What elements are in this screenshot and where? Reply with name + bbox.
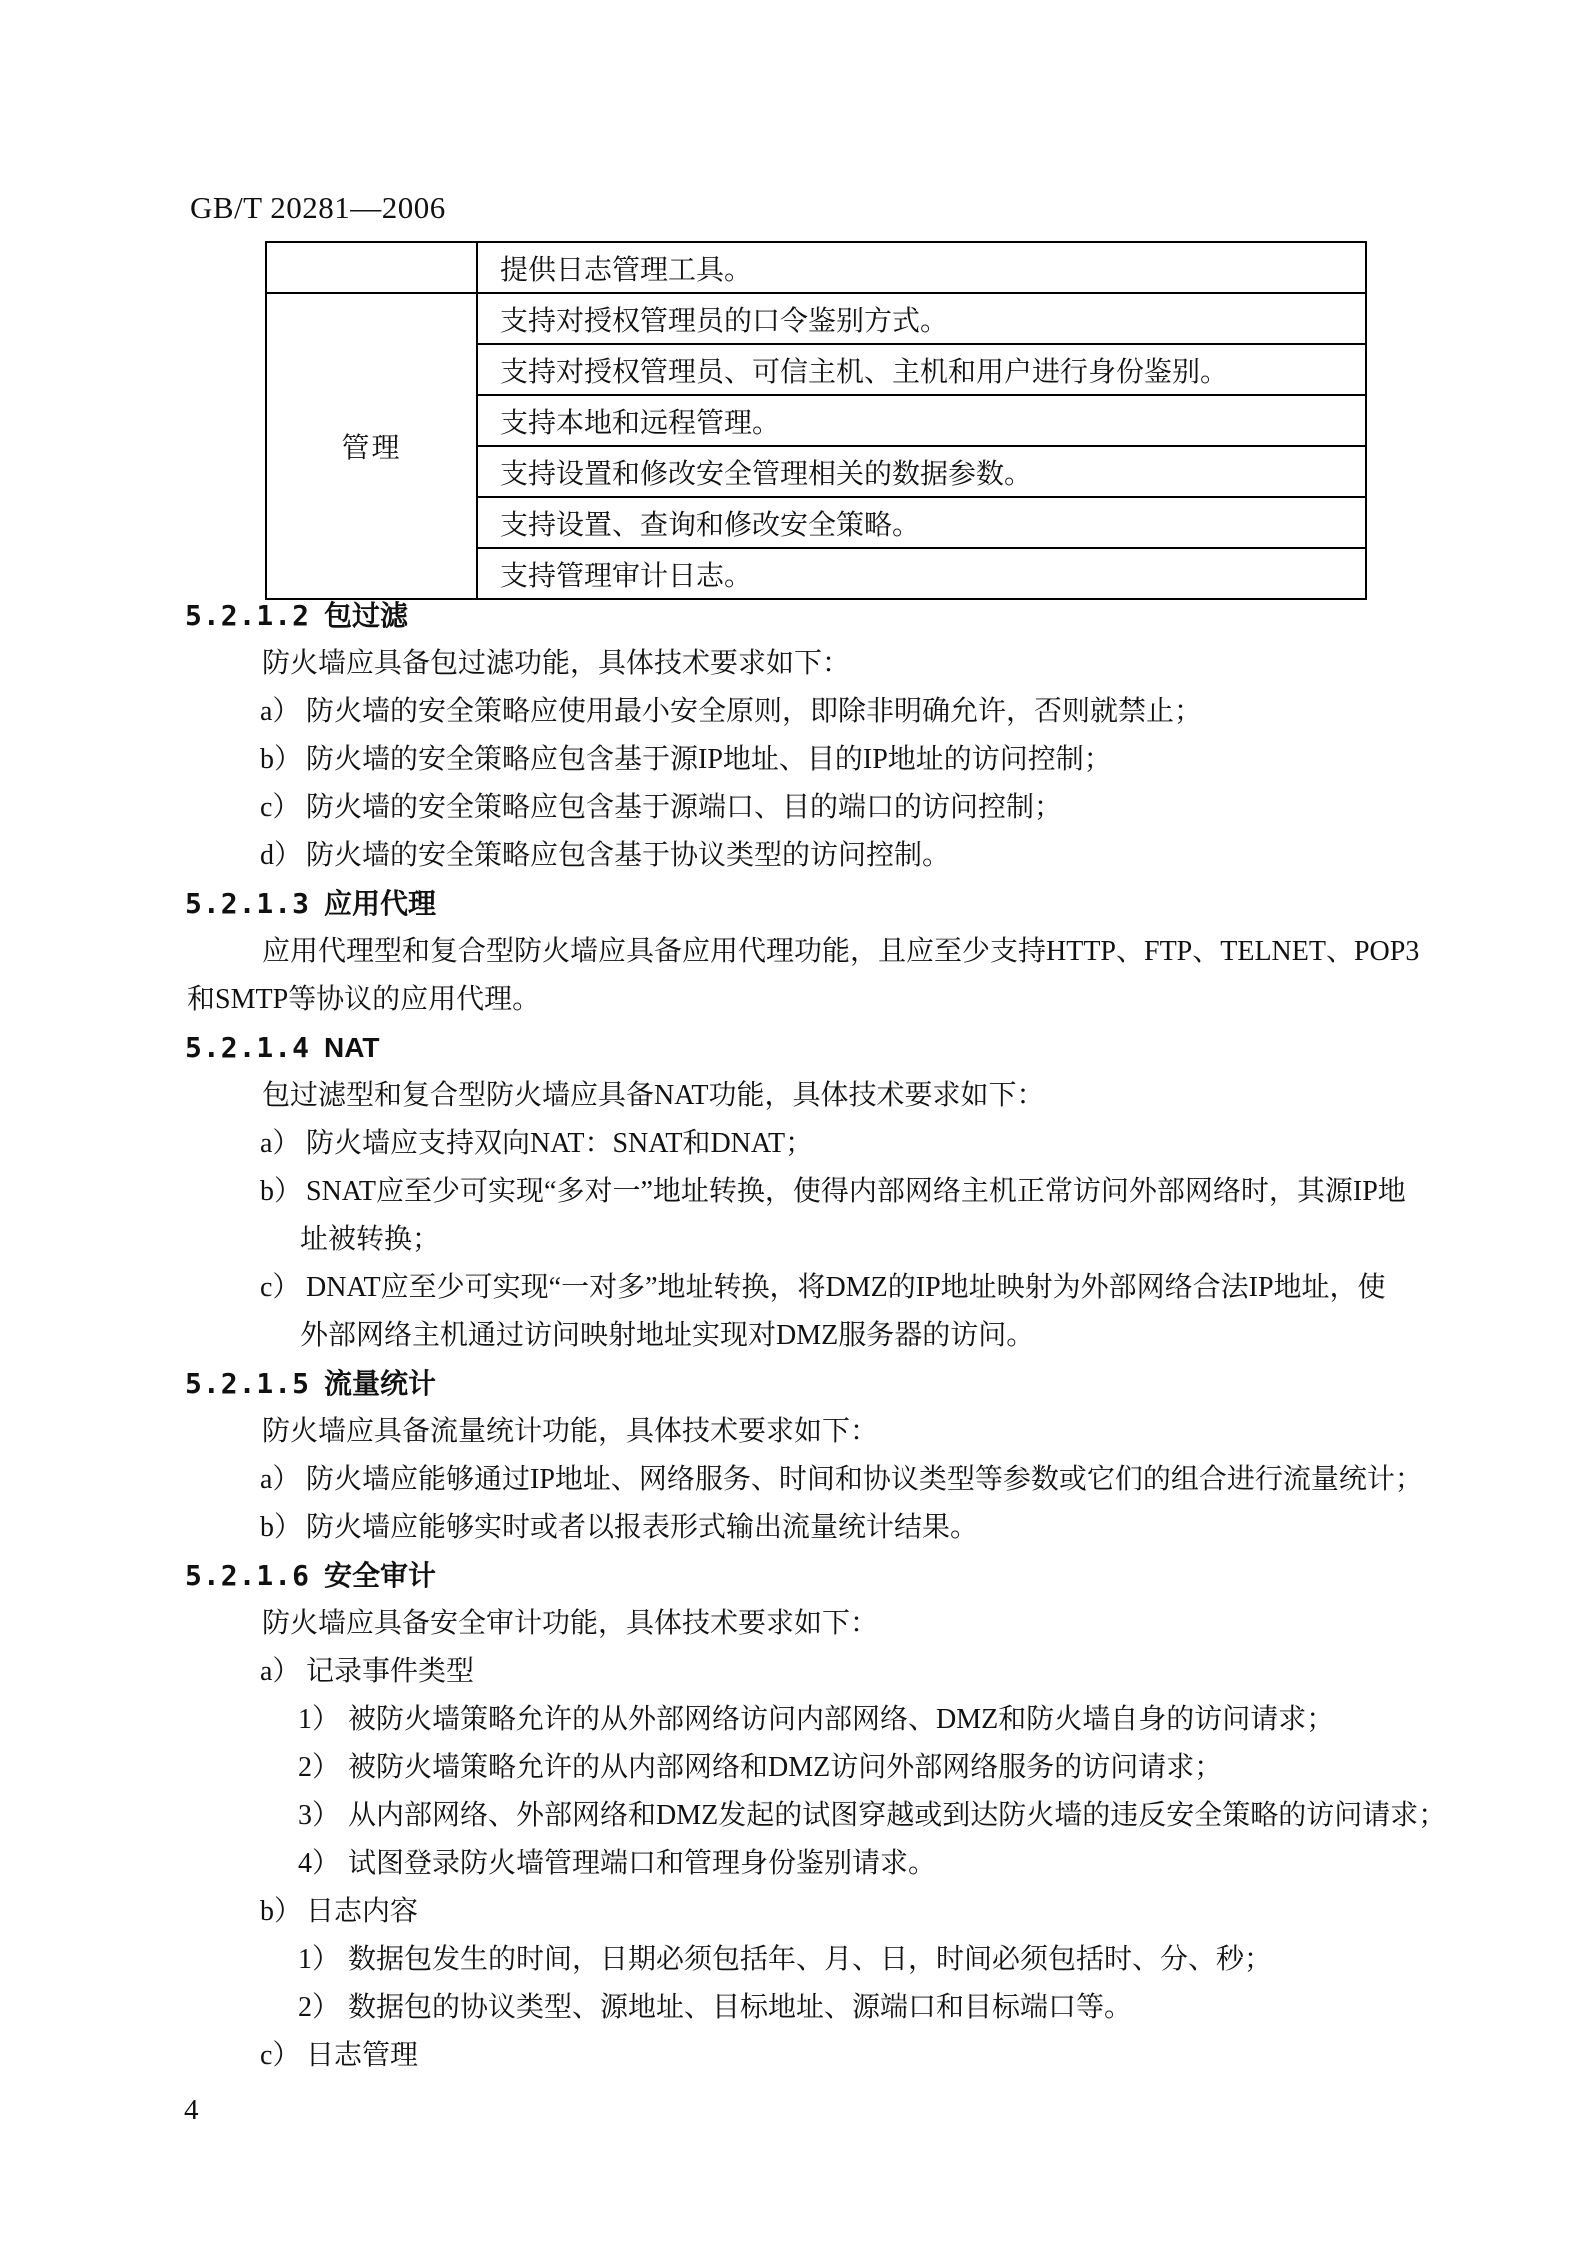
paragraph-line: 防火墙应具备安全审计功能，具体技术要求如下： xyxy=(262,1606,878,1642)
list-text: DNAT应至少可实现“一对多”地址转换，将DMZ的IP地址映射为外部网络合法IP… xyxy=(306,1272,1386,1303)
list-item: c）日志管理 xyxy=(260,2038,418,2074)
list-marker: b） xyxy=(260,1510,306,1546)
section-title: NAT xyxy=(324,1032,379,1063)
sublist-item: 1）数据包发生的时间，日期必须包括年、月、日，时间必须包括时、分、秒； xyxy=(298,1942,1272,1978)
table-cell-requirement: 支持管理审计日志。 xyxy=(477,548,1366,599)
section-number: 5.2.1.6 xyxy=(185,1559,310,1592)
list-item: b）防火墙的安全策略应包含基于源IP地址、目的IP地址的访问控制； xyxy=(260,742,1112,778)
list-item: a）防火墙的安全策略应使用最小安全原则，即除非明确允许，否则就禁止； xyxy=(260,694,1202,730)
section-heading-5216: 5.2.1.6安全审计 xyxy=(185,1558,436,1594)
list-text: SNAT应至少可实现“多对一”地址转换，使得内部网络主机正常访问外部网络时，其源… xyxy=(306,1176,1406,1207)
table-cell-requirement: 支持设置、查询和修改安全策略。 xyxy=(477,497,1366,548)
section-title: 包过滤 xyxy=(324,600,408,631)
table-cell-requirement: 支持对授权管理员、可信主机、主机和用户进行身份鉴别。 xyxy=(477,344,1366,395)
list-item: c）DNAT应至少可实现“一对多”地址转换，将DMZ的IP地址映射为外部网络合法… xyxy=(260,1270,1386,1306)
section-heading-5214: 5.2.1.4NAT xyxy=(185,1030,379,1066)
table-row: 提供日志管理工具。 xyxy=(266,242,1366,293)
table-row: 管理 支持对授权管理员的口令鉴别方式。 xyxy=(266,293,1366,344)
paragraph-line: 防火墙应具备流量统计功能，具体技术要求如下： xyxy=(262,1414,878,1450)
section-number: 5.2.1.5 xyxy=(185,1367,310,1400)
list-marker: a） xyxy=(260,1654,306,1690)
list-text: 日志内容 xyxy=(306,1896,418,1927)
table-cell-requirement: 提供日志管理工具。 xyxy=(477,242,1366,293)
list-item: b）日志内容 xyxy=(260,1894,418,1930)
list-text: 防火墙的安全策略应包含基于协议类型的访问控制。 xyxy=(306,840,950,871)
list-text: 防火墙应能够实时或者以报表形式输出流量统计结果。 xyxy=(306,1512,978,1543)
list-text: 记录事件类型 xyxy=(306,1656,474,1687)
list-item: a）记录事件类型 xyxy=(260,1654,474,1690)
section-number: 5.2.1.3 xyxy=(185,887,310,920)
paragraph-line: 应用代理型和复合型防火墙应具备应用代理功能，且应至少支持HTTP、FTP、TEL… xyxy=(262,934,1419,970)
section-heading-5215: 5.2.1.5流量统计 xyxy=(185,1366,436,1402)
paragraph-line: 和SMTP等协议的应用代理。 xyxy=(187,982,540,1018)
list-text: 防火墙应支持双向NAT：SNAT和DNAT； xyxy=(306,1128,813,1159)
sublist-marker: 4） xyxy=(298,1846,348,1882)
list-marker: b） xyxy=(260,1174,306,1210)
sublist-item: 3）从内部网络、外部网络和DMZ发起的试图穿越或到达防火墙的违反安全策略的访问请… xyxy=(298,1798,1446,1834)
requirements-table: 提供日志管理工具。 管理 支持对授权管理员的口令鉴别方式。 支持对授权管理员、可… xyxy=(265,241,1367,600)
list-marker: c） xyxy=(260,2038,306,2074)
sublist-text: 试图登录防火墙管理端口和管理身份鉴别请求。 xyxy=(348,1848,936,1879)
list-marker: b） xyxy=(260,742,306,778)
sublist-marker: 2） xyxy=(298,1990,348,2026)
paragraph-line: 包过滤型和复合型防火墙应具备NAT功能，具体技术要求如下： xyxy=(262,1078,1044,1114)
sublist-text: 从内部网络、外部网络和DMZ发起的试图穿越或到达防火墙的违反安全策略的访问请求； xyxy=(348,1800,1446,1831)
sublist-text: 数据包的协议类型、源地址、目标地址、源端口和目标端口等。 xyxy=(348,1992,1132,2023)
section-title: 流量统计 xyxy=(324,1368,436,1399)
list-marker: d） xyxy=(260,838,306,874)
sublist-text: 被防火墙策略允许的从内部网络和DMZ访问外部网络服务的访问请求； xyxy=(348,1752,1222,1783)
section-heading-5212: 5.2.1.2包过滤 xyxy=(185,598,408,634)
sublist-item: 4）试图登录防火墙管理端口和管理身份鉴别请求。 xyxy=(298,1846,936,1882)
list-item: a）防火墙应支持双向NAT：SNAT和DNAT； xyxy=(260,1126,813,1162)
sublist-item: 2）被防火墙策略允许的从内部网络和DMZ访问外部网络服务的访问请求； xyxy=(298,1750,1222,1786)
sublist-text: 被防火墙策略允许的从外部网络访问内部网络、DMZ和防火墙自身的访问请求； xyxy=(348,1704,1334,1735)
table-cell-category-empty xyxy=(266,242,477,293)
document-header: GB/T 20281—2006 xyxy=(190,190,446,226)
list-text: 防火墙的安全策略应包含基于源端口、目的端口的访问控制； xyxy=(306,792,1062,823)
list-marker: c） xyxy=(260,1270,306,1306)
sublist-marker: 3） xyxy=(298,1798,348,1834)
list-marker: a） xyxy=(260,1126,306,1162)
section-title: 应用代理 xyxy=(324,888,436,919)
table-cell-requirement: 支持设置和修改安全管理相关的数据参数。 xyxy=(477,446,1366,497)
list-marker: a） xyxy=(260,694,306,730)
list-marker: b） xyxy=(260,1894,306,1930)
sublist-marker: 1） xyxy=(298,1702,348,1738)
list-item: a）防火墙应能够通过IP地址、网络服务、时间和协议类型等参数或它们的组合进行流量… xyxy=(260,1462,1423,1498)
table-cell-requirement: 支持对授权管理员的口令鉴别方式。 xyxy=(477,293,1366,344)
list-item-continuation: 址被转换； xyxy=(300,1222,440,1258)
list-text: 防火墙的安全策略应使用最小安全原则，即除非明确允许，否则就禁止； xyxy=(306,696,1202,727)
section-heading-5213: 5.2.1.3应用代理 xyxy=(185,886,436,922)
section-number: 5.2.1.2 xyxy=(185,599,310,632)
sublist-marker: 1） xyxy=(298,1942,348,1978)
section-number: 5.2.1.4 xyxy=(185,1031,310,1064)
list-item: b）SNAT应至少可实现“多对一”地址转换，使得内部网络主机正常访问外部网络时，… xyxy=(260,1174,1406,1210)
page-number: 4 xyxy=(184,2094,199,2127)
list-text: 防火墙的安全策略应包含基于源IP地址、目的IP地址的访问控制； xyxy=(306,744,1112,775)
sublist-item: 2）数据包的协议类型、源地址、目标地址、源端口和目标端口等。 xyxy=(298,1990,1132,2026)
document-page: GB/T 20281—2006 提供日志管理工具。 管理 支持对授权管理员的口令… xyxy=(0,0,1587,2245)
table-cell-requirement: 支持本地和远程管理。 xyxy=(477,395,1366,446)
list-text: 防火墙应能够通过IP地址、网络服务、时间和协议类型等参数或它们的组合进行流量统计… xyxy=(306,1464,1423,1495)
list-marker: a） xyxy=(260,1462,306,1498)
list-marker: c） xyxy=(260,790,306,826)
list-item: b）防火墙应能够实时或者以报表形式输出流量统计结果。 xyxy=(260,1510,978,1546)
list-text: 日志管理 xyxy=(306,2040,418,2071)
list-item-continuation: 外部网络主机通过访问映射地址实现对DMZ服务器的访问。 xyxy=(300,1318,1034,1354)
sublist-item: 1）被防火墙策略允许的从外部网络访问内部网络、DMZ和防火墙自身的访问请求； xyxy=(298,1702,1334,1738)
list-item: c）防火墙的安全策略应包含基于源端口、目的端口的访问控制； xyxy=(260,790,1062,826)
list-item: d）防火墙的安全策略应包含基于协议类型的访问控制。 xyxy=(260,838,950,874)
table-cell-category: 管理 xyxy=(266,293,477,599)
sublist-marker: 2） xyxy=(298,1750,348,1786)
paragraph-line: 防火墙应具备包过滤功能，具体技术要求如下： xyxy=(262,646,850,682)
sublist-text: 数据包发生的时间，日期必须包括年、月、日，时间必须包括时、分、秒； xyxy=(348,1944,1272,1975)
section-title: 安全审计 xyxy=(324,1560,436,1591)
